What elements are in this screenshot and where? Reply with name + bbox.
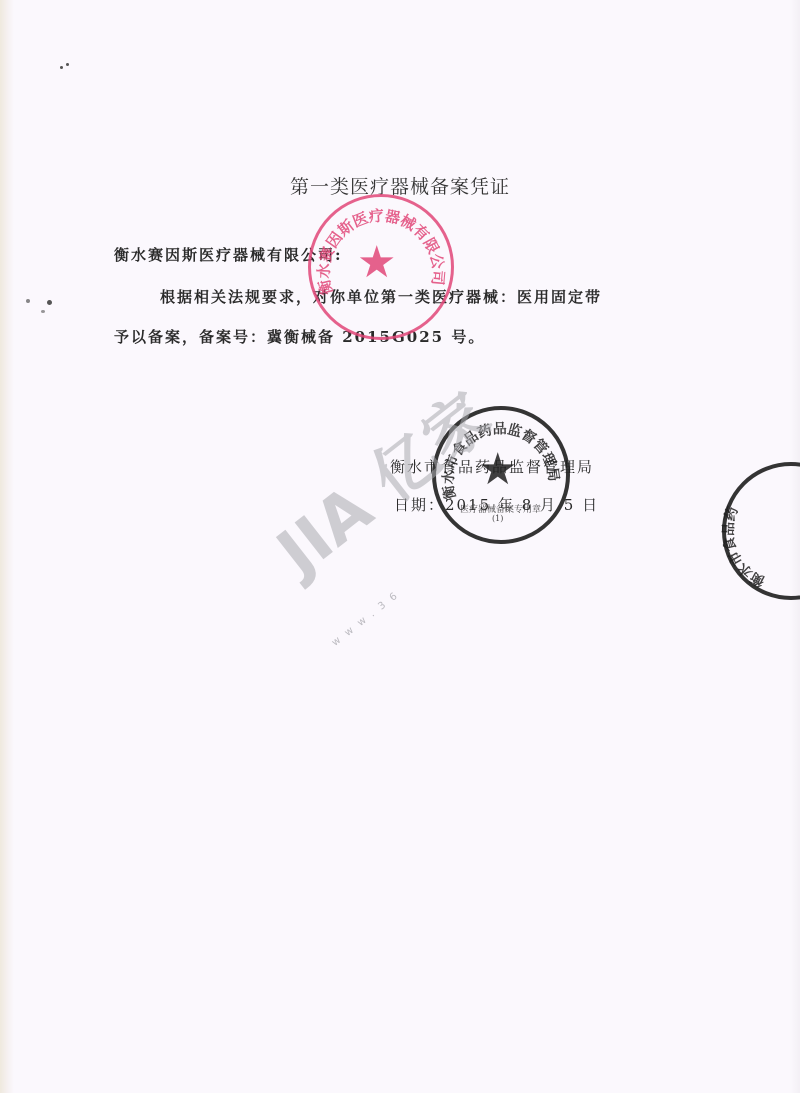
svg-text:衡水市食品药: 衡水市食品药 <box>720 505 767 590</box>
partial-seal-text-ring: 衡水市食品药 <box>726 466 800 596</box>
scan-speck <box>41 310 45 313</box>
scanned-page: 第一类医疗器械备案凭证 衡水赛因斯医疗器械有限公司: 根据相关法规要求，对你单位… <box>0 0 800 1093</box>
scan-speck <box>66 63 69 66</box>
seal-code: (1) <box>492 514 503 523</box>
company-seal: 衡水赛因斯医疗器械有限公司 ★ <box>308 194 454 340</box>
watermark-url: www.36 <box>330 586 406 649</box>
partial-seal: 衡水市食品药 <box>722 462 800 600</box>
scan-speck <box>26 299 30 303</box>
document-title: 第一类医疗器械备案凭证 <box>0 172 800 199</box>
scan-speck <box>47 300 52 305</box>
scan-speck <box>60 66 63 69</box>
star-icon: ★ <box>357 241 396 285</box>
